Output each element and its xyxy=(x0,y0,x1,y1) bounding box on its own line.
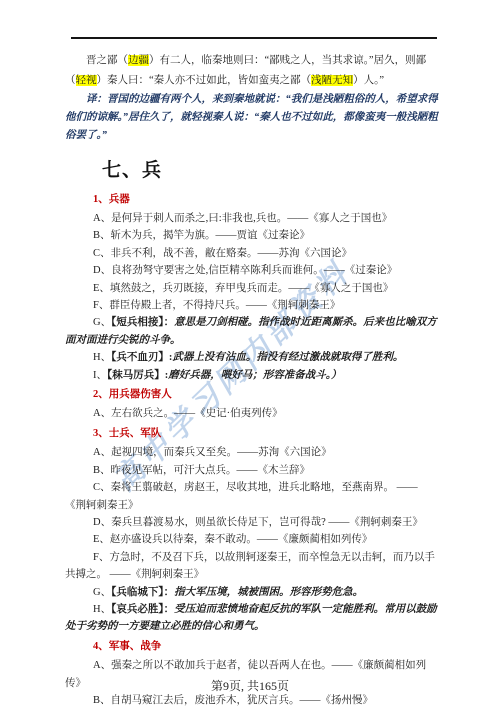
list-item: E、填然鼓之，兵刃既接，弃甲曳兵而走。——《寡人之于国也》 xyxy=(65,280,438,297)
subsection-heading: 3、士兵、军队 xyxy=(65,425,438,442)
highlighted-term: 浅陋无知 xyxy=(311,75,353,86)
idiom-term: 【短兵相接】： xyxy=(111,317,174,328)
text-segment: 晋之鄙（ xyxy=(86,55,128,66)
page-footer: 第9页, 共165页 xyxy=(0,677,500,694)
quote-text: F、方急时，不及召下兵，以故荆轲逐秦王，而卒惶急无以击轲，而乃以手共搏之。 ——… xyxy=(65,552,435,580)
idiom-term: 【兵不血刃】: xyxy=(111,352,172,363)
list-item: C、非兵不利，战不善，敝在赂秦。——苏洵《六国论》 xyxy=(65,245,438,262)
text-segment: ）秦人曰：“秦人亦不过如此，皆如蛮夷之鄙（ xyxy=(97,75,312,86)
quote-text: C、非兵不利，战不善，敝在赂秦。——苏洵《六国论》 xyxy=(93,248,352,259)
list-item: D、良将劲弩守要害之处,信臣精卒陈利兵而谁何。——《过秦论》 xyxy=(65,262,438,279)
idiom-definition: 武器上没有沾血。指没有经过激战就取得了胜利。 xyxy=(172,352,403,363)
list-item: A、是何异于刺人而杀之,曰:非我也,兵也。——《寡人之于国也》 xyxy=(65,210,438,227)
item-prefix: H、 xyxy=(93,604,111,615)
idiom-term: 【秣马厉兵】: xyxy=(107,370,168,381)
list-item: C、秦将王翦破赵，虏赵王，尽收其地，进兵北略地，至燕南界。 ——《荆轲刺秦王》 xyxy=(65,479,438,514)
idiom-definition: 磨好兵器，喂好马；形容准备战斗。） xyxy=(168,370,341,381)
text-segment: ）人。” xyxy=(353,75,384,86)
subsection-heading: 2、用兵器伤害人 xyxy=(65,386,438,403)
list-item: B、斩木为兵，揭竿为旗。——贾谊《过秦论》 xyxy=(65,227,438,244)
subsections: 1、兵器A、是何异于刺人而杀之,曰:非我也,兵也。——《寡人之于国也》B、斩木为… xyxy=(65,191,438,707)
highlighted-term: 边疆 xyxy=(128,55,149,66)
quote-text: D、良将劲弩守要害之处,信臣精卒陈利兵而谁何。——《过秦论》 xyxy=(93,265,397,276)
quote-text: D、秦兵旦暮渡易水，则虽欲长侍足下，岂可得哉? ——《荆轲刺秦王》 xyxy=(93,517,423,528)
quote-text: C、秦将王翦破赵，虏赵王，尽收其地，进兵北略地，至燕南界。 ——《荆轲刺秦王》 xyxy=(65,482,418,510)
highlighted-term: 轻视 xyxy=(76,75,97,86)
list-item: A、左右欲兵之。——《史记·伯夷列传》 xyxy=(65,405,438,422)
subsection-heading: 1、兵器 xyxy=(65,191,438,208)
document-content: 晋之鄙（边疆）有二人，临秦地则曰：“鄙贱之人，当其求谅。”居久，则鄙（轻视）秦人… xyxy=(65,51,438,707)
quote-text: E、赵亦盛设兵以待秦，秦不敢动。——《廉颇蔺相如列传》 xyxy=(93,534,372,545)
list-item: B、自胡马窥江去后，废池乔木，犹厌言兵。——《扬州慢》 xyxy=(65,692,438,707)
quote-text: A、是何异于刺人而杀之,曰:非我也,兵也。——《寡人之于国也》 xyxy=(93,213,392,224)
list-item: F、方急时，不及召下兵，以故荆轲逐秦王，而卒惶急无以击轲，而乃以手共搏之。 ——… xyxy=(65,549,438,584)
item-prefix: G、 xyxy=(93,317,111,328)
subsection-heading: 4、军事、战争 xyxy=(65,638,438,655)
list-item: G、【兵临城下】：指大军压境，城被围困。形容形势危急。 xyxy=(65,584,438,601)
intro-sentence: 晋之鄙（边疆）有二人，临秦地则曰：“鄙贱之人，当其求谅。”居久，则鄙（轻视）秦人… xyxy=(65,51,438,91)
list-item: A、起视四境，而秦兵又至矣。——苏洵《六国论》 xyxy=(65,444,438,461)
list-item: G、【短兵相接】：意思是刀剑相碰。指作战时近距离厮杀。后来也比喻双方面对面进行尖… xyxy=(65,314,438,349)
quote-text: B、自胡马窥江去后，废池乔木，犹厌言兵。——《扬州慢》 xyxy=(93,695,373,706)
item-prefix: H、 xyxy=(93,352,111,363)
list-item: H、【兵不血刃】:武器上没有沾血。指没有经过激战就取得了胜利。 xyxy=(65,349,438,366)
idiom-term: 【兵临城下】： xyxy=(111,587,174,598)
list-item: H、【哀兵必胜】：受压迫而悲愤地奋起反抗的军队一定能胜利。常用以鼓励处于劣势的一… xyxy=(65,601,438,636)
list-item: D、秦兵旦暮渡易水，则虽欲长侍足下，岂可得哉? ——《荆轲刺秦王》 xyxy=(65,514,438,531)
quote-text: A、起视四境，而秦兵又至矣。——苏洵《六国论》 xyxy=(93,447,332,458)
intro-translation: 译：晋国的边疆有两个人，来到秦地就说：“我们是浅陋粗俗的人，希望求得他们的谅解。… xyxy=(65,91,438,145)
list-item: I、【秣马厉兵】:磨好兵器，喂好马；形容准备战斗。） xyxy=(65,367,438,384)
idiom-definition: 指大军压境，城被围困。形容形势危急。 xyxy=(174,587,363,598)
quote-text: F、群臣侍殿上者，不得持尺兵。——《荆轲刺秦王》 xyxy=(93,300,340,311)
list-item: B、昨夜见军帖，可汗大点兵。——《木兰辞》 xyxy=(65,462,438,479)
quote-text: B、昨夜见军帖，可汗大点兵。——《木兰辞》 xyxy=(93,465,310,476)
item-prefix: I、 xyxy=(93,370,107,381)
document-page: 高中学习网内部资料 晋之鄙（边疆）有二人，临秦地则曰：“鄙贱之人，当其求谅。”居… xyxy=(0,0,500,707)
quote-text: E、填然鼓之，兵刃既接，弃甲曳兵而走。——《寡人之于国也》 xyxy=(93,283,393,294)
item-prefix: G、 xyxy=(93,587,111,598)
header-divider xyxy=(71,37,437,39)
quote-text: B、斩木为兵，揭竿为旗。——贾谊《过秦论》 xyxy=(93,230,310,241)
quote-text: A、左右欲兵之。——《史记·伯夷列传》 xyxy=(93,408,283,419)
list-item: E、赵亦盛设兵以待秦，秦不敢动。——《廉颇蔺相如列传》 xyxy=(65,531,438,548)
list-item: F、群臣侍殿上者，不得持尺兵。——《荆轲刺秦王》 xyxy=(65,297,438,314)
section-title: 七、兵 xyxy=(65,159,438,183)
idiom-term: 【哀兵必胜】： xyxy=(111,604,174,615)
